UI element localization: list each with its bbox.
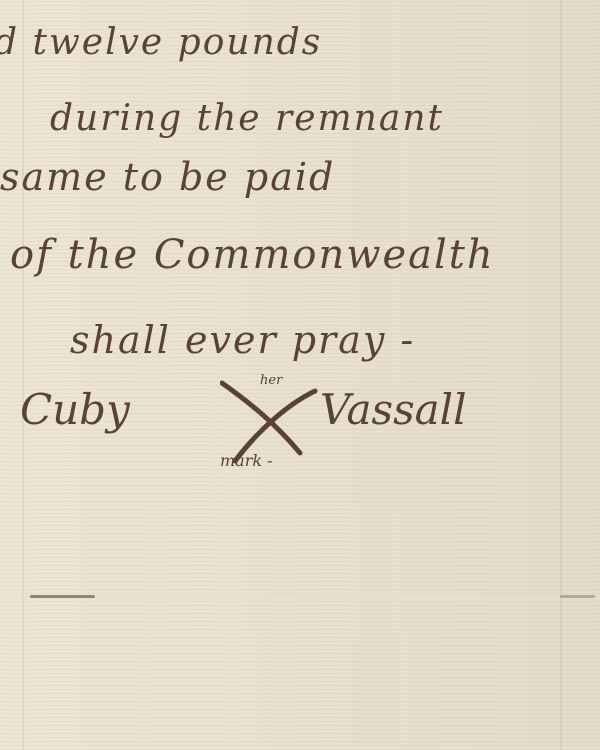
signature-mark: her mark - <box>220 373 330 473</box>
paper-chain-line <box>560 0 562 750</box>
paper-chain-line <box>22 0 24 750</box>
signature-last-name: Vassall <box>320 385 467 434</box>
text-line-4: of the Commonwealth <box>10 232 495 278</box>
text-line-3: same to be paid <box>0 155 335 199</box>
signature-first-name: Cuby <box>20 385 130 434</box>
fold-stain <box>30 595 95 598</box>
paper-background: d twelve pounds during the remnant same … <box>0 0 600 750</box>
text-line-1: d twelve pounds <box>0 22 322 63</box>
mark-label-mark: mark - <box>220 451 273 470</box>
text-line-5: shall ever pray - <box>70 318 415 362</box>
text-line-2: during the remnant <box>50 98 444 139</box>
fold-stain <box>560 595 595 598</box>
